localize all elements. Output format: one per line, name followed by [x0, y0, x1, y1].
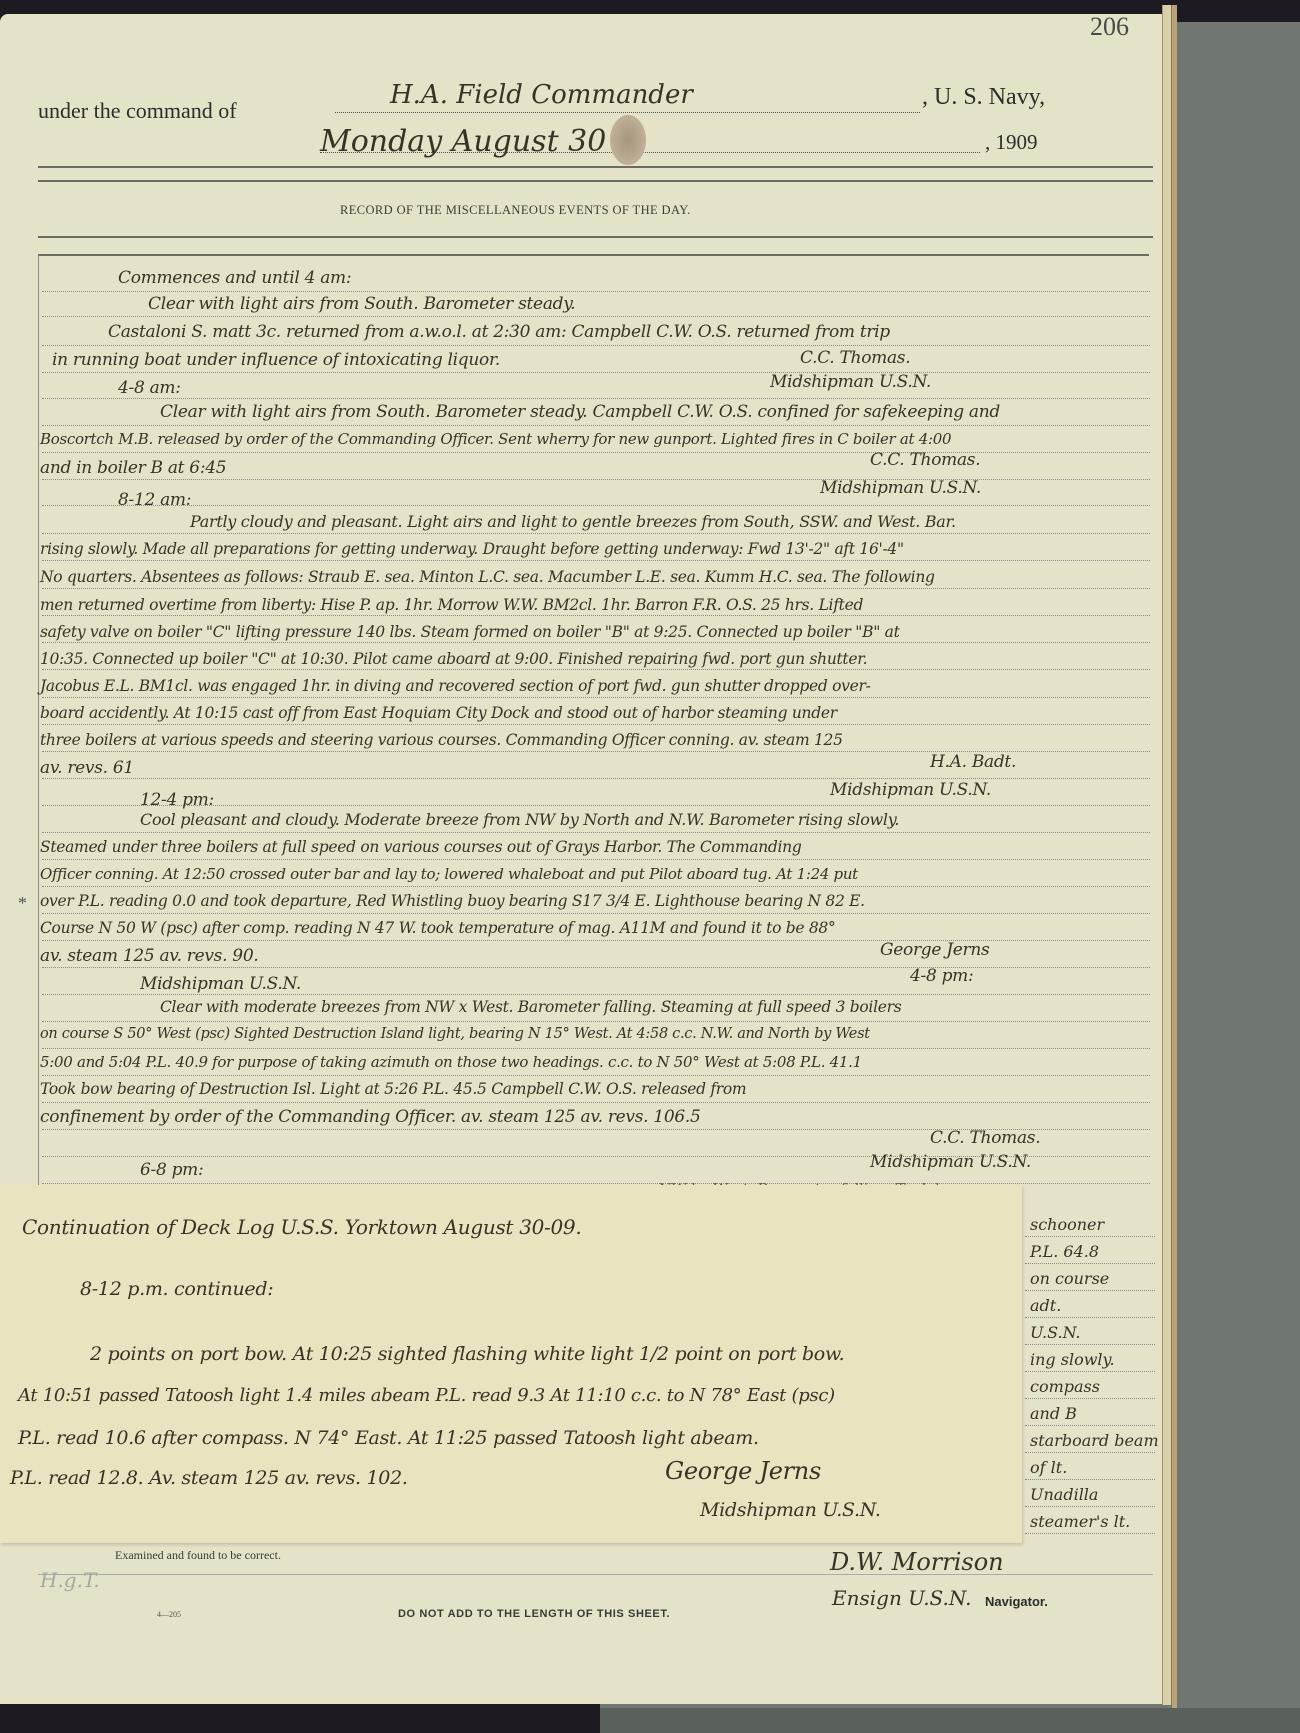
log-line: men returned overtime from liberty: Hise… — [40, 596, 863, 614]
navy-label: , U. S. Navy, — [922, 84, 1045, 111]
signature: C.C. Thomas. — [800, 348, 910, 368]
log-year: , 1909 — [985, 130, 1038, 155]
signature-title: Midshipman U.S.N. — [770, 372, 931, 392]
fragment: and B — [1030, 1404, 1077, 1423]
log-line: Steamed under three boilers at full spee… — [40, 838, 801, 856]
fragment: ing slowly. — [1030, 1350, 1115, 1369]
pencil-initials: H.g.T. — [40, 1568, 100, 1592]
log-line: 5:00 and 5:04 P.L. 40.9 for purpose of t… — [40, 1053, 862, 1071]
fragment: steamer's lt. — [1030, 1512, 1130, 1531]
log-line: Clear with light airs from South. Barome… — [148, 294, 575, 314]
signature: H.A. Badt. — [930, 752, 1016, 772]
scan-bottom-background — [0, 1704, 600, 1733]
log-line: confinement by order of the Commanding O… — [40, 1107, 701, 1127]
signature-title: Midshipman U.S.N. — [870, 1152, 1031, 1172]
continuation-title: Continuation of Deck Log U.S.S. Yorktown… — [22, 1215, 581, 1239]
command-dotted-line — [335, 112, 920, 113]
signature-title: Midshipman U.S.N. — [830, 780, 991, 800]
page-number: 206 — [1090, 12, 1129, 42]
log-line: rising slowly. Made all preparations for… — [40, 540, 904, 558]
page-edge — [1172, 5, 1177, 1710]
log-line: Boscortch M.B. released by order of the … — [40, 430, 951, 448]
paper-stain — [610, 115, 646, 165]
log-line: three boilers at various speeds and stee… — [40, 731, 843, 749]
fragment: of lt. — [1030, 1458, 1067, 1477]
watch-heading: Commences and until 4 am: — [118, 268, 351, 288]
examined-label: Examined and found to be correct. — [115, 1548, 281, 1563]
log-line: Course N 50 W (psc) after comp. reading … — [40, 919, 835, 937]
navigator-signature: D.W. Morrison — [830, 1548, 1004, 1576]
log-line: Clear with light airs from South. Barome… — [160, 402, 1000, 422]
watch-heading: 8-12 am: — [118, 490, 191, 510]
log-date: Monday August 30 — [320, 124, 606, 159]
log-line: Castaloni S. matt 3c. returned from a.w.… — [108, 322, 890, 342]
log-line: and in boiler B at 6:45 — [40, 458, 226, 478]
log-line: No quarters. Absentees as follows: Strau… — [40, 568, 935, 586]
navigator-label: Navigator. — [985, 1594, 1048, 1609]
record-title: RECORD OF THE MISCELLANEOUS EVENTS OF TH… — [340, 203, 691, 218]
page-edge-inner — [1162, 5, 1172, 1705]
continuation-signature-title: Midshipman U.S.N. — [700, 1499, 881, 1521]
continuation-sheet: Continuation of Deck Log U.S.S. Yorktown… — [0, 1185, 1022, 1543]
continuation-line: At 10:51 passed Tatoosh light 1.4 miles … — [18, 1385, 835, 1406]
log-line: on course S 50° West (psc) Sighted Destr… — [40, 1026, 870, 1042]
signature: C.C. Thomas. — [870, 450, 980, 470]
log-line: Cool pleasant and cloudy. Moderate breez… — [140, 810, 899, 829]
log-line: Partly cloudy and pleasant. Light airs a… — [190, 512, 956, 531]
fragment: adt. — [1030, 1296, 1061, 1315]
log-line: over P.L. reading 0.0 and took departure… — [40, 892, 865, 910]
log-line: in running boat under influence of intox… — [52, 350, 500, 370]
continuation-subtitle: 8-12 p.m. continued: — [80, 1278, 273, 1300]
record-rule — [38, 236, 1153, 238]
do-not-add-notice: DO NOT ADD TO THE LENGTH OF THIS SHEET. — [398, 1608, 670, 1620]
fragment: P.L. 64.8 — [1030, 1242, 1099, 1261]
log-line: 10:35. Connected up boiler "C" at 10:30.… — [40, 650, 867, 668]
fragment: on course — [1030, 1269, 1109, 1288]
signature-title: Midshipman U.S.N. — [820, 478, 981, 498]
signature: C.C. Thomas. — [930, 1128, 1040, 1148]
commander-name: H.A. Field Commander — [390, 80, 693, 110]
header-rule — [38, 180, 1153, 182]
log-line: Clear with moderate breezes from NW x We… — [160, 998, 901, 1016]
watch-heading: 4-8 am: — [118, 378, 181, 398]
log-line: av. steam 125 av. revs. 90. — [40, 946, 258, 966]
fragment: starboard beam — [1030, 1431, 1159, 1450]
log-line: safety valve on boiler "C" lifting press… — [40, 623, 900, 641]
watch-heading: 12-4 pm: — [140, 790, 214, 810]
command-label: under the command of — [38, 98, 237, 124]
signature-title: 4-8 pm: — [910, 966, 973, 986]
form-number: 4—205 — [157, 1610, 181, 1619]
log-line: Jacobus E.L. BM1cl. was engaged 1hr. in … — [40, 677, 871, 695]
header-rule — [38, 166, 1153, 168]
continuation-line: 2 points on port bow. At 10:25 sighted f… — [90, 1343, 844, 1365]
navigator-rank: Ensign U.S.N. — [832, 1586, 971, 1610]
fragment: schooner — [1030, 1215, 1104, 1234]
fragment: Unadilla — [1030, 1485, 1098, 1504]
log-line: Officer conning. At 12:50 crossed outer … — [40, 865, 858, 883]
continuation-line: P.L. read 10.6 after compass. N 74° East… — [18, 1427, 759, 1449]
fragment: U.S.N. — [1030, 1323, 1081, 1342]
signature: George Jerns — [880, 940, 989, 960]
continuation-signature: George Jerns — [665, 1457, 821, 1485]
fragment: compass — [1030, 1377, 1100, 1396]
continuation-line: P.L. read 12.8. Av. steam 125 av. revs. … — [10, 1467, 408, 1489]
watch-heading: Midshipman U.S.N. — [140, 974, 301, 994]
scan-bottom-right-background — [600, 1708, 1300, 1733]
log-line: board accidently. At 10:15 cast off from… — [40, 704, 837, 722]
margin-asterisk: * — [18, 893, 27, 914]
watch-heading: 6-8 pm: — [140, 1160, 203, 1180]
log-line: av. revs. 61 — [40, 758, 134, 778]
log-line: Took bow bearing of Destruction Isl. Lig… — [40, 1080, 746, 1098]
